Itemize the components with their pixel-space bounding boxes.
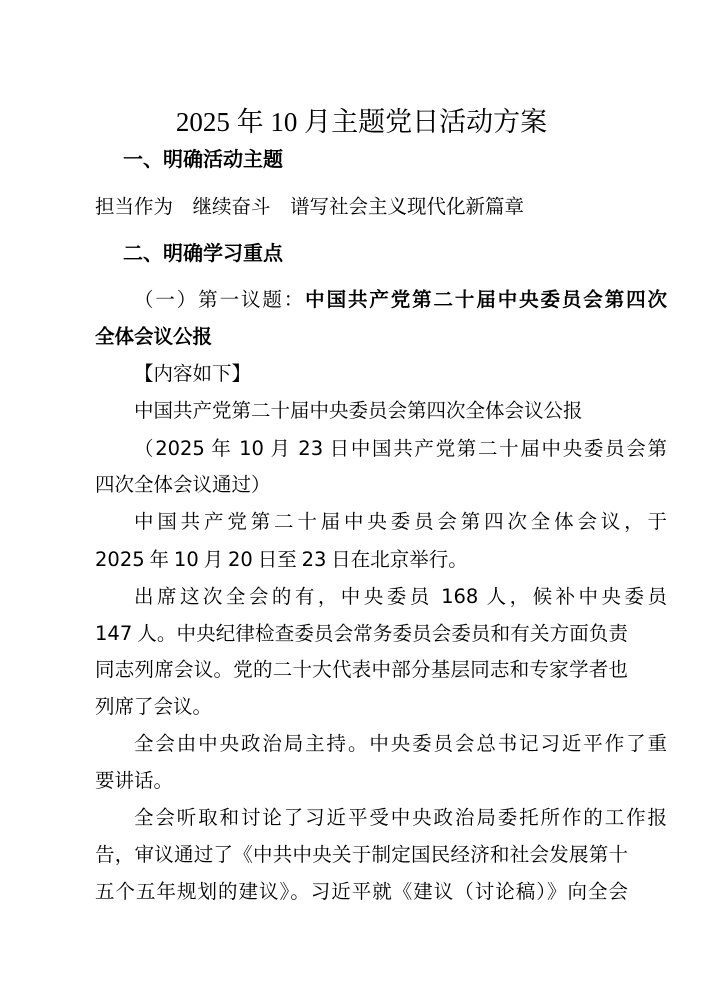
doc-title: 2025 年 10 月主题党日活动方案 xyxy=(95,104,628,140)
text-segment: 10 xyxy=(174,548,199,571)
text-segment: 月 xyxy=(199,550,228,571)
heading-study-focus: 二、明确学习重点 xyxy=(95,241,656,268)
text-segment: 一、明确活动主题 xyxy=(123,149,283,171)
body-line: 告，审议通过了《中共中央关于制定国民经济和社会发展第十 xyxy=(95,842,628,869)
heading-activity-theme: 一、明确活动主题 xyxy=(95,147,656,174)
body-line: 要讲话。 xyxy=(95,768,628,795)
text-segment: 列席了会议。 xyxy=(95,697,212,718)
text-segment: （ xyxy=(134,439,155,460)
text-segment: 全会听取和讨论了习近平受中央政治局委托所作的工作报 xyxy=(134,808,667,829)
text-segment: 日中国共产党第二十届中央委员会第 xyxy=(323,439,667,460)
body-line: 出席这次全会的有，中央委员 168 人，候补中央委员 xyxy=(95,583,667,611)
text-segment: 23 xyxy=(302,548,327,571)
body-line: 147 人。中央纪律检查委员会常务委员会委员和有关方面负责 xyxy=(95,620,628,648)
body-line: （2025 年 10 月 23 日中国共产党第二十届中央委员会第 xyxy=(95,435,667,463)
theme-slogan-line: 担当作为 继续奋斗 谱写社会主义现代化新篇章 xyxy=(95,194,628,221)
text-segment: 五个五年规划的建议》。习近平就《建议（讨论稿）》向全会 xyxy=(95,882,628,903)
text-segment: 同志列席会议。党的二十大代表中部分基层同志和专家学者也 xyxy=(95,660,628,681)
text-segment: 日至 xyxy=(253,550,302,571)
text-segment: 全体会议公报 xyxy=(95,326,212,348)
first-topic-line-2: 全体会议公报 xyxy=(95,324,628,351)
text-segment: 年 xyxy=(205,439,239,460)
document-page: 2025 年 10 月主题党日活动方案一、明确活动主题担当作为 继续奋斗 谱写社… xyxy=(0,0,711,1006)
body-line: 中国共产党第二十届中央委员会第四次全体会议公报 xyxy=(95,398,667,425)
body-line: 全会由中央政治局主持。中央委员会总书记习近平作了重 xyxy=(95,731,667,758)
text-segment: 2025 xyxy=(155,437,205,460)
body-line: 2025 年 10 月 20 日至 23 日在北京举行。 xyxy=(95,546,628,574)
body-line: 四次全体会议通过） xyxy=(95,472,628,499)
text-segment: 147 xyxy=(95,622,132,645)
text-segment: 全会由中央政治局主持。中央委员会总书记习近平作了重 xyxy=(134,734,667,755)
text-segment: 告，审议通过了《中共中央关于制定国民经济和社会发展第十 xyxy=(95,845,628,866)
text-segment: 168 xyxy=(441,585,478,608)
text-segment: 10 xyxy=(239,437,264,460)
text-segment: 出席这次全会的有，中央委员 xyxy=(134,587,441,608)
text-segment: 人，候补中央委员 xyxy=(478,587,667,608)
text-segment: 2025 年 10 月主题党日活动方案 xyxy=(176,107,547,137)
text-segment: 【内容如下】 xyxy=(134,364,251,385)
text-segment: 人。中央纪律检查委员会常务委员会委员和有关方面负责 xyxy=(132,624,628,645)
text-segment: 担当作为 继续奋斗 谱写社会主义现代化新篇章 xyxy=(95,197,524,218)
text-segment: （一）第一议题： xyxy=(134,290,305,311)
text-segment: 中国共产党第二十届中央委员会第四次全体会议公报 xyxy=(134,401,583,422)
body-line: 同志列席会议。党的二十大代表中部分基层同志和专家学者也 xyxy=(95,657,628,684)
body-line: 五个五年规划的建议》。习近平就《建议（讨论稿）》向全会 xyxy=(95,879,628,906)
body-line: 全会听取和讨论了习近平受中央政治局委托所作的工作报 xyxy=(95,805,667,832)
text-segment: 2025 xyxy=(95,548,145,571)
text-segment: 四次全体会议通过） xyxy=(95,475,271,496)
text-segment: 23 xyxy=(298,437,323,460)
text-segment: 中国共产党第二十届中央委员会第四次 xyxy=(305,289,667,311)
body-line: 列席了会议。 xyxy=(95,694,628,721)
text-segment: 日在北京举行。 xyxy=(326,550,467,571)
content-label: 【内容如下】 xyxy=(95,361,667,388)
text-segment: 中国共产党第二十届中央委员会第四次全体会议，于 xyxy=(134,512,667,533)
first-topic-line-1: （一）第一议题：中国共产党第二十届中央委员会第四次 xyxy=(95,287,667,314)
text-segment: 要讲话。 xyxy=(95,771,173,792)
text-segment: 二、明确学习重点 xyxy=(123,243,283,265)
text-segment: 20 xyxy=(228,548,253,571)
text-segment: 年 xyxy=(145,550,174,571)
text-segment: 月 xyxy=(264,439,298,460)
body-line: 中国共产党第二十届中央委员会第四次全体会议，于 xyxy=(95,509,667,536)
